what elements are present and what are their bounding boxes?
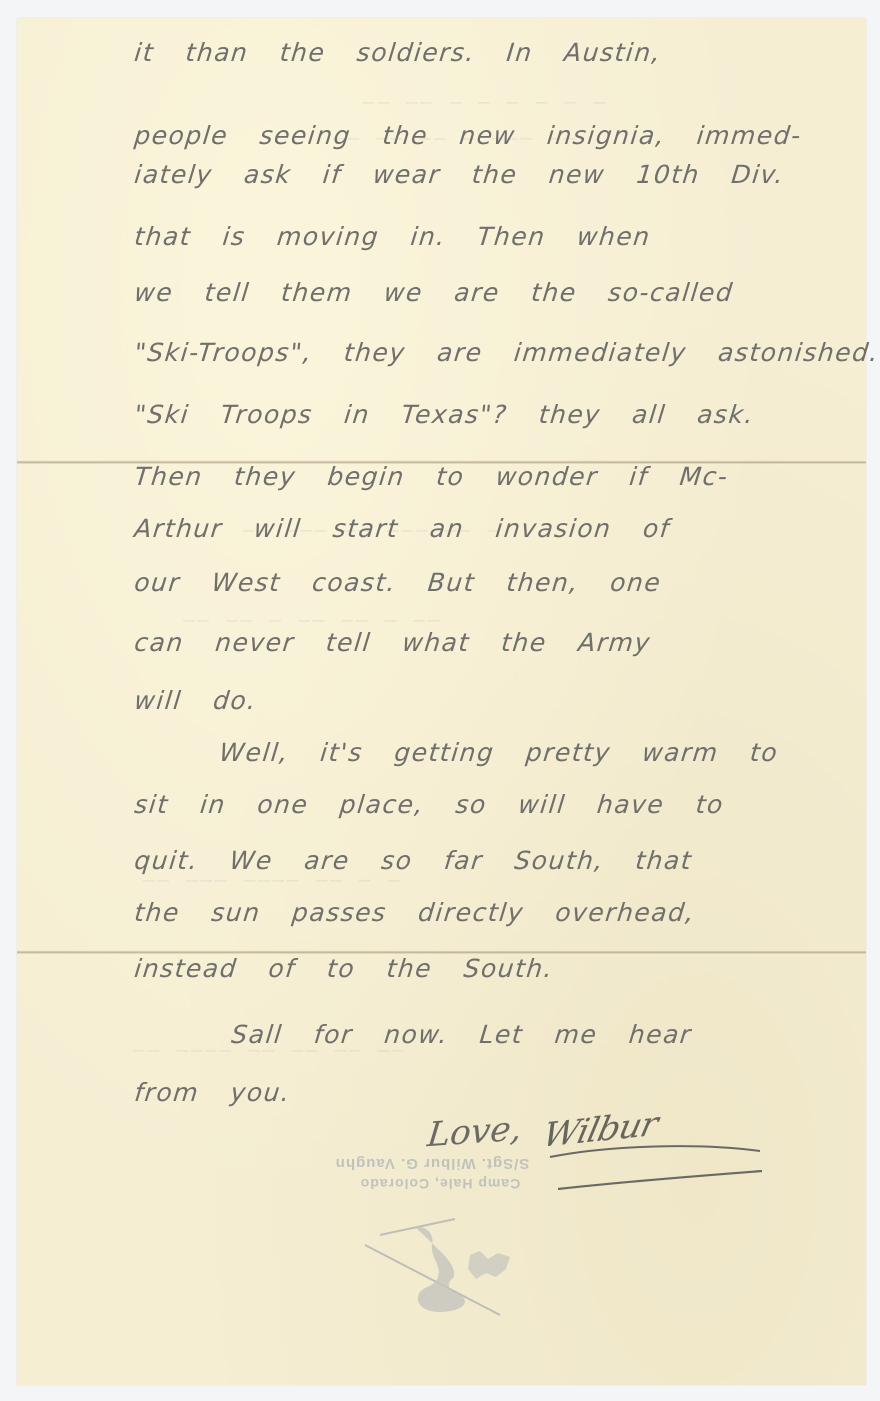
letter-line: from you. (133, 1078, 292, 1107)
ski-trooper-emblem-icon (360, 1215, 530, 1325)
letter-line: Well, it's getting pretty warm to (218, 738, 780, 767)
letter-line: the sun passes directly overhead, (133, 898, 697, 927)
letter-line: our West coast. But then, one (133, 568, 663, 597)
letter-line: Arthur will start an invasion of (133, 514, 672, 543)
letter-line: Sall for now. Let me hear (230, 1020, 693, 1049)
letter-line: it than the soldiers. In Austin, (133, 38, 663, 67)
showthrough-text: — — — — — — —— —— (360, 92, 605, 114)
letter-line: sit in one place, so will have to (133, 790, 726, 819)
closing-love: Love, (425, 1109, 523, 1155)
letter-line: Then they begin to wonder if Mc- (133, 462, 730, 491)
letter-line: that is moving in. Then when (133, 222, 652, 251)
letterhead-name-showthrough: S/Sgt. Wilbur G. Vaughn (0, 1155, 872, 1172)
letter-line: "Ski-Troops", they are immediately aston… (133, 338, 880, 367)
letterhead-place-showthrough: Camp Hale, Colorado (0, 1176, 880, 1192)
letter-line: will do. (133, 686, 258, 715)
letter-line: we tell them we are the so-called (133, 278, 735, 307)
letter-line: can never tell what the Army (133, 628, 652, 657)
letter-line: "Ski Troops in Texas"? they all ask. (133, 400, 756, 429)
letter-line: quit. We are so far South, that (133, 846, 694, 875)
letter-line: people seeing the new insignia, immed- (133, 121, 803, 150)
letter-line: iately ask if wear the new 10th Div. (133, 160, 786, 189)
letter-line: instead of to the South. (133, 954, 555, 983)
